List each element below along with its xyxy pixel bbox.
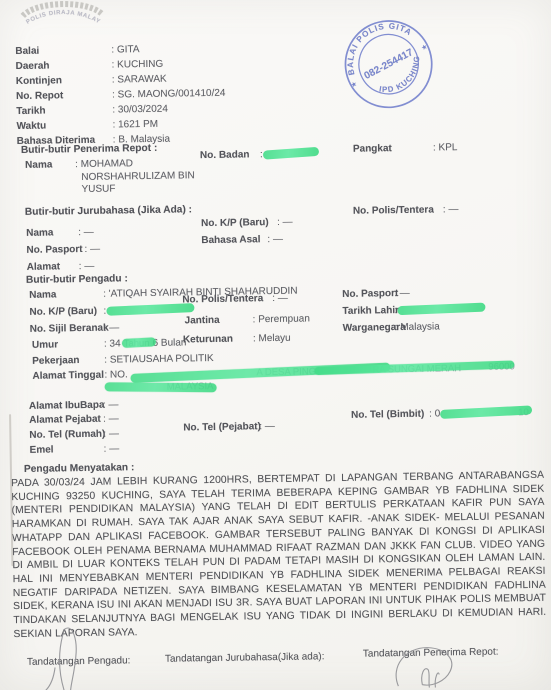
- field-value: : 1621 PM: [112, 119, 158, 132]
- redaction-highlight: [397, 303, 485, 316]
- field-label: Tarikh: [16, 105, 112, 119]
- field-label: Pangkat: [353, 142, 433, 156]
- signature-label-jurubahasa: Tandatangan Jurubahasa(Jika ada):: [165, 651, 325, 665]
- redaction-highlight: [106, 303, 194, 316]
- statement-text: PADA 30/03/24 JAM LEBIH KURANG 1200HRS, …: [11, 469, 547, 642]
- field-value: : 30/03/2024: [112, 104, 168, 117]
- field-waktu: Waktu : 1621 PM: [16, 119, 158, 134]
- field-jurubahasa-nama: Nama : —: [26, 227, 94, 241]
- police-report-scan: POLIS DIRAJA MALAYSIA Balai : GITA Daera…: [0, 0, 551, 690]
- field-pangkat: Pangkat : KPL: [353, 142, 458, 156]
- pdrm-crest-icon: POLIS DIRAJA MALAYSIA: [15, 0, 112, 36]
- field-pengadu-sijil: No. Sijil Beranak : —: [30, 322, 120, 336]
- field-pengadu-umur: Umur : 34 Tahun 6 Bulan: [32, 337, 187, 352]
- field-pengadu-pekerjaan: Pekerjaan : SETIAUSAHA POLITIK: [32, 353, 214, 368]
- field-value: : KPL: [433, 142, 458, 155]
- field-pengadu-warganegara: Warganegara : Malaysia: [343, 321, 440, 335]
- field-emel: Emel : —: [30, 443, 120, 457]
- police-station-stamp-icon: BALAI POLIS GITA IPD KUCHING 082-254417 …: [326, 2, 450, 126]
- scan-content: POLIS DIRAJA MALAYSIA Balai : GITA Daera…: [0, 0, 551, 690]
- field-jurubahasa-kp: No. K/P (Baru) : —: [201, 217, 293, 231]
- field-value: : KUCHING: [111, 59, 163, 72]
- section-title-jurubahasa: Butir-butir Jurubahasa (Jika Ada) :: [25, 204, 192, 218]
- field-label: Daerah: [16, 60, 112, 74]
- field-pengadu-keturunan: Keturunan : Melayu: [183, 333, 291, 347]
- field-tel-pejabat: No. Tel (Pejabat) : —: [183, 421, 275, 435]
- field-label: Kontinjen: [16, 75, 112, 89]
- redacted-word: Tahun: [124, 338, 150, 351]
- field-pengadu-polis: No. Polis/Tentera : —: [182, 293, 288, 307]
- field-pengadu-tarikh-lahir: Tarikh Lahir :: [342, 304, 485, 319]
- field-value: : SARAWAK: [112, 74, 167, 87]
- redaction-highlight: [263, 147, 319, 160]
- statement-title: Pengadu Menyatakan :: [24, 462, 135, 475]
- svg-text:★: ★: [350, 81, 359, 90]
- field-daerah: Daerah : KUCHING: [16, 59, 164, 74]
- field-kontinjen: Kontinjen : SARAWAK: [16, 74, 167, 89]
- redacted-phone: 10: [440, 407, 532, 421]
- field-tel-bimbit: No. Tel (Bimbit) : 0 10: [351, 407, 532, 422]
- redaction-highlight: [121, 337, 155, 348]
- field-tel-rumah: No. Tel (Rumah) : —: [29, 428, 119, 442]
- field-penerima-nama: Nama : MOHAMAD NORSHAHRULIZAM BIN YUSUF: [25, 157, 195, 197]
- pengadu-signature-icon: [34, 623, 107, 690]
- field-balai: Balai : GITA: [15, 44, 139, 58]
- field-value: : SG. MAONG/001410/24: [112, 88, 226, 102]
- field-no-badan: No. Badan :: [200, 148, 319, 162]
- field-label: Nama: [25, 159, 75, 172]
- field-value: : GITA: [111, 44, 139, 57]
- field-pengadu-alamat: Alamat Tinggal : NO. A DESA PING RA SUNG…: [32, 363, 524, 397]
- field-jurubahasa-bahasa-asal: Bahasa Asal : —: [201, 234, 283, 248]
- field-jurubahasa-pasport: No. Pasport : —: [26, 244, 100, 258]
- field-no-repot: No. Repot : SG. MAONG/001410/24: [16, 88, 226, 104]
- field-value: : MOHAMAD NORSHAHRULIZAM BIN YUSUF: [75, 157, 195, 196]
- field-label: Balai: [15, 45, 111, 59]
- field-alamat-pejabat: Alamat Pejabat : —: [29, 413, 119, 427]
- field-label: No. Badan: [200, 149, 260, 162]
- field-tarikh: Tarikh : 30/03/2024: [16, 104, 168, 119]
- field-pengadu-kp: No. K/P (Baru) :: [29, 304, 194, 319]
- field-label: Waktu: [16, 120, 112, 134]
- field-jurubahasa-alamat: Alamat : —: [27, 261, 95, 275]
- field-pengadu-pasport: No. Pasport : —: [342, 288, 410, 302]
- field-pengadu-jantina: Jantina : Perempuan: [185, 313, 310, 327]
- section-title-penerima: Butir-butir Penerima Repot :: [21, 143, 158, 156]
- field-alamat-ibubapa: Alamat IbuBapa : —: [29, 399, 119, 413]
- redacted-address: : NO. A DESA PING RA SUNGAI MERAH 96000 …: [104, 363, 524, 396]
- penerima-signature-icon: [388, 641, 469, 688]
- redaction-highlight: [105, 382, 217, 392]
- field-jurubahasa-polis: No. Polis/Tentera : —: [353, 204, 459, 218]
- field-label: No. Repot: [16, 90, 112, 104]
- section-title-pengadu: Butir-butir Pengadu :: [26, 273, 128, 286]
